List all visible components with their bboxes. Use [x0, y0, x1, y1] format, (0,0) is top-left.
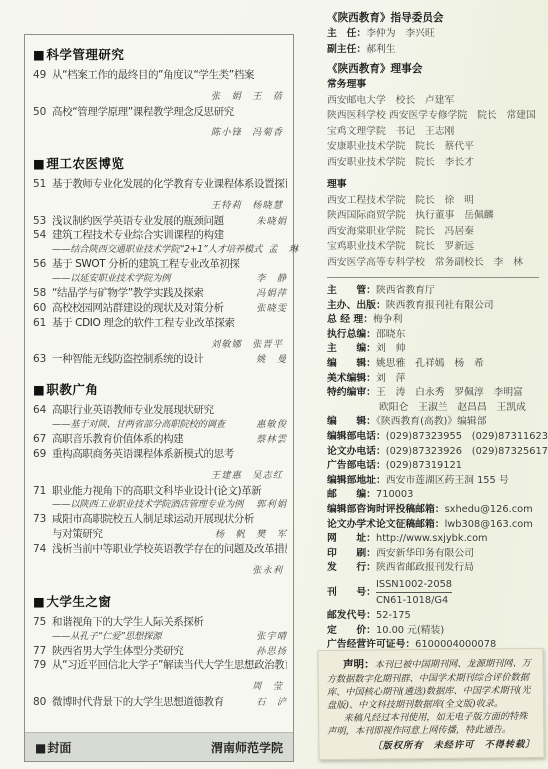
- masthead-row-value: 梅争利: [373, 314, 402, 325]
- notice-paragraph-1: 声明：本刊已被中国期刊网、龙源期刊网、万方数据数字化期刊群、中国学术期刊综合评价…: [327, 656, 536, 712]
- publication-rows-before: 主 管：陕西省教育厅主办、出版：陕西教育报刊社有限公司总 经 理：梅争利执行总编…: [327, 284, 543, 576]
- entry-title: 从“习近平回信北大学子”解读当代大学生思想政治教育: [52, 658, 287, 673]
- toc-entry: 80微博时代背景下的大学生思想道德教育石 浐: [33, 695, 287, 710]
- guide-row-label: 主 任：: [327, 28, 366, 39]
- masthead-row-label: 美术编辑：: [327, 373, 376, 384]
- masthead-row-value: (029)87323926 (029)87325617: [386, 446, 548, 457]
- masthead-row: 编 辑：姚思雅 孔祥嫣 杨 希: [327, 357, 543, 372]
- masthead-row: 印 刷：西安新华印务有限公司: [327, 547, 543, 562]
- guide-committee-title: 《陕西教育》指导委员会: [327, 10, 543, 26]
- entry-authors: 郭利娟: [250, 498, 287, 512]
- notice-title: 声明：: [343, 659, 375, 671]
- masthead-row: 执行总编：邵晓东: [327, 328, 543, 343]
- toc-entry: 67高职音乐教育价值体系的构建蔡林雲: [33, 432, 287, 447]
- entry-authors-line: 王建惠 吴志红: [33, 462, 287, 484]
- entry-page-number: 71: [33, 484, 52, 499]
- masthead-row-label: 主 管：: [327, 285, 376, 296]
- entry-subtitle: ——基于对陕、甘两省部分高职院校的调查: [52, 418, 250, 432]
- standing-director-item: 西安邮电大学 校长 卢建军: [327, 93, 543, 108]
- masthead-row-value: 710003: [376, 489, 413, 500]
- guide-row-value: 郝利生: [366, 44, 395, 55]
- entry-authors: 刘敏娜 张晋平: [205, 339, 283, 350]
- entry-title: 微博时代背景下的大学生思想道德教育: [52, 695, 250, 710]
- toc-entry: 71职业能力视角下的高职文科毕业设计(论文)革新: [33, 484, 287, 499]
- entry-authors: 朱晓娟: [250, 215, 287, 228]
- toc-sections: ■科学管理研究49从“档案工作的最终目的”角度议“学生类”档案张 娟 王 蓓50…: [33, 45, 287, 710]
- entry-authors: 张晓雯: [250, 302, 287, 315]
- entry-title-cont: 与对策研究: [33, 527, 209, 542]
- section-title: 理工农医博览: [46, 156, 124, 171]
- entry-page-number: 50: [33, 105, 52, 120]
- entry-page-number: 49: [33, 68, 52, 83]
- entry-title: 基于 SWOT 分析的建筑工程专业改革初探: [52, 257, 287, 272]
- entry-page-number: 73: [33, 512, 52, 527]
- directors-title: 理事: [327, 177, 543, 193]
- toc-section: ■大学生之窗75和谐视角下的大学生人际关系探析——从孔子“仁爱”思想探源张宇晴7…: [33, 592, 287, 710]
- directors-list: 西安工程技术学院 院长 徐 明陕西国际商贸学院 执行董事 岳佩麟西安海棠职业学院…: [327, 193, 543, 270]
- masthead-row-label: 主 编：: [327, 343, 376, 354]
- entry-title: 重构高职商务英语课程体系新模式的思考: [52, 447, 287, 462]
- entry-title: 高职行业英语教师专业发展现状研究: [52, 403, 287, 418]
- entry-subtitle: ——从孔子“仁爱”思想探源: [52, 630, 250, 644]
- masthead-row: 编辑部地址：西安市莲湖区药王洞 155 号: [327, 474, 543, 489]
- masthead-row-label: 编辑部电话：: [327, 431, 386, 442]
- masthead-row: 主 管：陕西省教育厅: [327, 284, 543, 299]
- toc-entry-subtitle-line: ——以延安职业技术学院为例李 静: [33, 272, 287, 286]
- issn-label: 刊 号：: [327, 586, 376, 599]
- standing-director-item: 安康职业技术学院 院长 蔡代平: [327, 139, 543, 154]
- section-header: ■大学生之窗: [33, 592, 287, 610]
- standing-directors-list: 西安邮电大学 校长 卢建军陕西医科学校 西安医学专修学院 院长 常建国宝鸡文理学…: [327, 93, 543, 170]
- toc-entry: 53浅议制约医学英语专业发展的瓶颈问题朱晓娟: [33, 214, 287, 229]
- entry-title: 基于教师专业化发展的化学教育专业课程体系设置探讨: [52, 177, 287, 192]
- masthead-row-label: 编辑部地址：: [327, 475, 386, 486]
- toc-entry: 69重构高职商务英语课程体系新模式的思考: [33, 447, 287, 462]
- masthead-row-label: 邮 编：: [327, 489, 376, 500]
- entry-authors: 蔡林雲: [250, 433, 287, 446]
- entry-authors: 姚 曼: [250, 353, 287, 366]
- masthead-row-label: 网 址：: [327, 533, 376, 544]
- entry-authors: 冯娟萍: [250, 287, 287, 300]
- masthead-row-value: 邵晓东: [376, 329, 405, 340]
- masthead-row-value: 10.00 元(精装): [376, 625, 444, 636]
- guide-committee-row: 副主任：郝利生: [327, 42, 543, 58]
- entry-authors-line: 陈小锋 冯菊香: [33, 119, 287, 141]
- entry-authors: 惠敏俊: [250, 418, 287, 432]
- director-item: 西安医学高等专科学校 常务副校长 李 林: [327, 255, 543, 270]
- entry-page-number: 74: [33, 542, 52, 557]
- entry-page-number: 54: [33, 228, 52, 243]
- masthead-row-label: 执行总编：: [327, 329, 376, 340]
- entry-authors: 周 莹: [246, 681, 283, 692]
- entry-title: 和谐视角下的大学生人际关系探析: [52, 615, 287, 630]
- masthead-row-value: 西安新华印务有限公司: [376, 548, 474, 559]
- toc-entry: 51基于教师专业化发展的化学教育专业课程体系设置探讨: [33, 177, 287, 192]
- masthead-row-label: 发 行：: [327, 562, 376, 573]
- entry-authors-line: 王特莉 杨晓慧: [33, 192, 287, 214]
- director-item: 西安工程技术学院 院长 徐 明: [327, 193, 543, 208]
- guide-row-label: 副主任：: [327, 44, 366, 55]
- entry-authors: 孟 琳: [262, 243, 299, 257]
- masthead-row: 特约编审：王 涛 白永秀 罗佩淳 李明富: [327, 386, 543, 401]
- publication-rows-after: 邮发代号：52-175定 价：10.00 元(精装)广告经营许可证号：61000…: [327, 609, 543, 653]
- entry-title: 建筑工程技术专业综合实训课程的构建: [52, 228, 287, 243]
- toc-entry-continuation: 与对策研究杨 帆 樊 军: [33, 527, 287, 542]
- entry-title: 高校“管理学原理”课程教学理念反思研究: [52, 105, 287, 120]
- entry-page-number: 51: [33, 177, 52, 192]
- section-header: ■理工农医博览: [33, 154, 287, 172]
- masthead-row: 定 价：10.00 元(精装): [327, 624, 543, 639]
- standing-directors-title: 常务理事: [327, 77, 543, 93]
- issn-row: 刊 号： ISSN1002-2058 CN61-1018/G4: [327, 578, 543, 607]
- scanned-journal-page: ■科学管理研究49从“档案工作的最终目的”角度议“学生类”档案张 娟 王 蓓50…: [0, 0, 548, 769]
- council-title: 《陕西教育》理事会: [327, 61, 543, 77]
- masthead-row: 广告部电话：(029)87319121: [327, 459, 543, 474]
- masthead-column: 《陕西教育》指导委员会 主 任：李仲为 李兴旺副主任：郝利生 《陕西教育》理事会…: [327, 10, 543, 653]
- masthead-row-label: 论文办学术论文征稿邮箱：: [327, 519, 445, 530]
- entry-title: 浅议制约医学英语专业发展的瓶颈问题: [52, 214, 250, 229]
- masthead-row: 总 经 理：梅争利: [327, 313, 543, 328]
- masthead-row-label: 定 价：: [327, 625, 376, 636]
- masthead-row-value: (029)87319121: [386, 460, 462, 471]
- masthead-row-value: http://www.sxjybk.com: [376, 533, 488, 544]
- masthead-row-label: 广告部电话：: [327, 460, 386, 471]
- entry-authors-line: 周 莹: [33, 673, 287, 695]
- masthead-row-value: 王 涛 白永秀 罗佩淳 李明富: [376, 387, 523, 398]
- masthead-row-label: 印 刷：: [327, 548, 376, 559]
- entry-authors: 王建惠 吴志红: [205, 470, 283, 481]
- toc-box: ■科学管理研究49从“档案工作的最终目的”角度议“学生类”档案张 娟 王 蓓50…: [24, 34, 294, 762]
- issn-number: ISSN1002-2058: [376, 578, 452, 593]
- toc-entry: 49从“档案工作的最终目的”角度议“学生类”档案: [33, 68, 287, 83]
- entry-title: 基于 CDIO 理念的软件工程专业改革探索: [52, 316, 287, 331]
- entry-title: 浅析当前中等职业学校英语教学存在的问题及改革措施: [52, 542, 287, 557]
- section-marker-icon: ■: [33, 382, 45, 397]
- entry-title: 从“档案工作的最终目的”角度议“学生类”档案: [52, 68, 287, 83]
- entry-page-number: 61: [33, 316, 52, 331]
- entry-page-number: 63: [33, 352, 52, 367]
- director-item: 西安海棠职业学院 院长 冯居秦: [327, 224, 543, 239]
- director-item: 陕西国际商贸学院 执行董事 岳佩麟: [327, 208, 543, 223]
- entry-title: 陕西省男大学生体型分类研究: [52, 644, 250, 659]
- notice-paragraph-2: 来稿凡经过本刊使用，如无电子版方面的特殊声明，本刊即视作同意上网传播，特此通告。: [327, 710, 535, 738]
- cover-label-text: 封面: [47, 741, 71, 755]
- masthead-row-value-cont: 欧阳仑 王淑兰 赵昌昌 王凯成: [327, 401, 543, 416]
- masthead-divider: [327, 277, 539, 278]
- masthead-row-value: lwb308@163.com: [445, 519, 533, 530]
- entry-authors-line: 张永利: [33, 557, 287, 579]
- section-header: ■科学管理研究: [33, 45, 287, 63]
- toc-section: ■职教广角64高职行业英语教师专业发展现状研究——基于对陕、甘两省部分高职院校的…: [33, 380, 287, 578]
- guide-row-value: 李仲为 李兴旺: [366, 28, 435, 39]
- masthead-row: 论文办电话：(029)87323926 (029)87325617: [327, 445, 543, 460]
- masthead-row: 主办、出版：陕西教育报刊社有限公司: [327, 299, 543, 314]
- toc-entry: 77陕西省男大学生体型分类研究孙思扬: [33, 644, 287, 659]
- entry-authors: 石 浐: [250, 696, 287, 709]
- masthead-row: 邮 编：710003: [327, 488, 543, 503]
- entry-page-number: 80: [33, 695, 52, 710]
- toc-entry-subtitle-line: ——基于对陕、甘两省部分高职院校的调查惠敏俊: [33, 418, 287, 432]
- toc-entry-subtitle-line: ——以陕西工业职业技术学院酒店管理专业为例郭利娟: [33, 498, 287, 512]
- entry-title: 咸阳市高职院校五人制足球运动开展现状分析: [52, 512, 287, 527]
- masthead-row: 编辑部电话：(029)87323955 (029)87311623: [327, 430, 543, 445]
- entry-authors: 张 娟 王 蓓: [205, 91, 283, 102]
- entry-title: 职业能力视角下的高职文科毕业设计(论文)革新: [52, 484, 287, 499]
- masthead-row: 邮发代号：52-175: [327, 609, 543, 624]
- entry-authors: 孙思扬: [250, 645, 287, 658]
- masthead-row-value: 陕西省邮政报刊发行局: [376, 562, 474, 573]
- toc-entry: 58“结晶学与矿物学”教学实践及探索冯娟萍: [33, 286, 287, 301]
- entry-title: 一种智能无线防盗控制系统的设计: [52, 352, 250, 367]
- entry-authors: 陈小锋 冯菊香: [205, 127, 283, 138]
- standing-director-item: 宝鸡文理学院 书记 王志刚: [327, 124, 543, 139]
- toc-entry-subtitle-line: ——结合陕西交通职业技术学院“2+1”人才培养模式孟 琳: [33, 243, 287, 257]
- masthead-row-value: 姚思雅 孔祥嫣 杨 希: [376, 358, 484, 369]
- toc-entry-subtitle-line: ——从孔子“仁爱”思想探源张宇晴: [33, 630, 287, 644]
- entry-title: “结晶学与矿物学”教学实践及探索: [52, 286, 250, 301]
- toc-entry: 63一种智能无线防盗控制系统的设计姚 曼: [33, 352, 287, 367]
- standing-director-item: 西安职业技术学院 院长 李长才: [327, 155, 543, 170]
- issn-stack: ISSN1002-2058 CN61-1018/G4: [376, 578, 452, 607]
- masthead-row-value: 陕西省教育厅: [376, 285, 435, 296]
- guide-committee-rows: 主 任：李仲为 李兴旺副主任：郝利生: [327, 26, 543, 57]
- entry-page-number: 77: [33, 644, 52, 659]
- masthead-row-label: 总 经 理：: [327, 314, 373, 325]
- masthead-row-value: 西安市莲湖区药王洞 155 号: [386, 475, 509, 486]
- toc-entry: 60高校校园网站群建设的现状及对策分析张晓雯: [33, 301, 287, 316]
- entry-authors: 王特莉 杨晓慧: [205, 200, 283, 211]
- masthead-row-label: 编辑部咨询时评投稿邮箱：: [327, 504, 445, 515]
- masthead-row-label: 主办、出版：: [327, 300, 386, 311]
- cover-bar: ■封面 渭南师范学院: [25, 732, 293, 761]
- toc-entry: 56基于 SWOT 分析的建筑工程专业改革初探: [33, 257, 287, 272]
- masthead-row: 编辑部咨询时评投稿邮箱：sxhedu@126.com: [327, 503, 543, 518]
- entry-title: 高职音乐教育价值体系的构建: [52, 432, 250, 447]
- section-marker-icon: ■: [33, 156, 45, 171]
- masthead-row: 网 址：http://www.sxjybk.com: [327, 532, 543, 547]
- masthead-row-label: 特约编审：: [327, 387, 376, 398]
- entry-page-number: 60: [33, 301, 52, 316]
- section-marker-icon: ■: [33, 594, 45, 609]
- entry-authors: 张宇晴: [250, 630, 287, 644]
- section-title: 科学管理研究: [46, 47, 124, 62]
- entry-page-number: 53: [33, 214, 52, 229]
- copyright-line: 〔版权所有 未经许可 不得转载〕: [327, 738, 535, 753]
- masthead-row-value: 刘 萍: [376, 373, 405, 384]
- masthead-row: 论文办学术论文征稿邮箱：lwb308@163.com: [327, 518, 543, 533]
- entry-page-number: 56: [33, 257, 52, 272]
- masthead-row-value: (029)87323955 (029)87311623: [386, 431, 548, 442]
- section-marker-icon: ■: [33, 47, 45, 62]
- notice-box: 声明：本刊已被中国期刊网、龙源期刊网、万方数据数字化期刊群、中国学术期刊综合评价…: [317, 648, 544, 761]
- masthead-row-label: 编 辑：: [327, 416, 376, 427]
- entry-subtitle: ——结合陕西交通职业技术学院“2+1”人才培养模式: [52, 243, 262, 257]
- cover-credit: 渭南师范学院: [211, 739, 283, 756]
- masthead-row-value: 《陕西教育(高教)》编辑部: [376, 416, 487, 427]
- entry-authors: 杨 帆 樊 军: [209, 528, 287, 541]
- toc-entry: 61基于 CDIO 理念的软件工程专业改革探索: [33, 316, 287, 331]
- masthead-row: 主 编：刘 帅: [327, 342, 543, 357]
- entry-page-number: 69: [33, 447, 52, 462]
- cn-number: CN61-1018/G4: [376, 593, 452, 607]
- toc-entry: 54建筑工程技术专业综合实训课程的构建: [33, 228, 287, 243]
- section-title: 职教广角: [46, 382, 98, 397]
- masthead-row: 发 行：陕西省邮政报刊发行局: [327, 561, 543, 576]
- director-item: 宝鸡职业技术学院 院长 罗新远: [327, 239, 543, 254]
- toc-entry: 75和谐视角下的大学生人际关系探析: [33, 615, 287, 630]
- guide-committee-row: 主 任：李仲为 李兴旺: [327, 26, 543, 42]
- entry-authors: 李 静: [250, 272, 287, 286]
- toc-entry: 74浅析当前中等职业学校英语教学存在的问题及改革措施: [33, 542, 287, 557]
- masthead-row: 编 辑：《陕西教育(高教)》编辑部: [327, 415, 543, 430]
- masthead-row-value: 陕西教育报刊社有限公司: [386, 300, 494, 311]
- masthead-row-value: 刘 帅: [376, 343, 405, 354]
- masthead-row-label: 论文办电话：: [327, 446, 386, 457]
- standing-director-item: 陕西医科学校 西安医学专修学院 院长 常建国: [327, 108, 543, 123]
- masthead-row-value: sxhedu@126.com: [445, 504, 533, 515]
- toc-entry: 79从“习近平回信北大学子”解读当代大学生思想政治教育: [33, 658, 287, 673]
- masthead-row: 美术编辑：刘 萍: [327, 372, 543, 387]
- entry-page-number: 67: [33, 432, 52, 447]
- masthead-row-label: 邮发代号：: [327, 610, 376, 621]
- cover-label: ■封面: [35, 739, 71, 756]
- section-title: 大学生之窗: [46, 594, 111, 609]
- entry-authors-line: 刘敏娜 张晋平: [33, 331, 287, 353]
- masthead-row-value: 52-175: [376, 610, 411, 621]
- entry-authors-line: 张 娟 王 蓓: [33, 83, 287, 105]
- entry-subtitle: ——以延安职业技术学院为例: [52, 272, 250, 286]
- entry-subtitle: ——以陕西工业职业技术学院酒店管理专业为例: [52, 498, 250, 512]
- toc-entry: 64高职行业英语教师专业发展现状研究: [33, 403, 287, 418]
- toc-section: ■科学管理研究49从“档案工作的最终目的”角度议“学生类”档案张 娟 王 蓓50…: [33, 45, 287, 141]
- section-header: ■职教广角: [33, 380, 287, 398]
- section-marker-icon: ■: [35, 741, 46, 755]
- toc-entry: 73咸阳市高职院校五人制足球运动开展现状分析: [33, 512, 287, 527]
- entry-page-number: 79: [33, 658, 52, 673]
- toc-section: ■理工农医博览51基于教师专业化发展的化学教育专业课程体系设置探讨王特莉 杨晓慧…: [33, 154, 287, 367]
- entry-authors: 张永利: [246, 565, 283, 576]
- masthead-row-label: 编 辑：: [327, 358, 376, 369]
- entry-page-number: 64: [33, 403, 52, 418]
- entry-title: 高校校园网站群建设的现状及对策分析: [52, 301, 250, 316]
- toc-entry: 50高校“管理学原理”课程教学理念反思研究: [33, 105, 287, 120]
- entry-page-number: 58: [33, 286, 52, 301]
- entry-page-number: 75: [33, 615, 52, 630]
